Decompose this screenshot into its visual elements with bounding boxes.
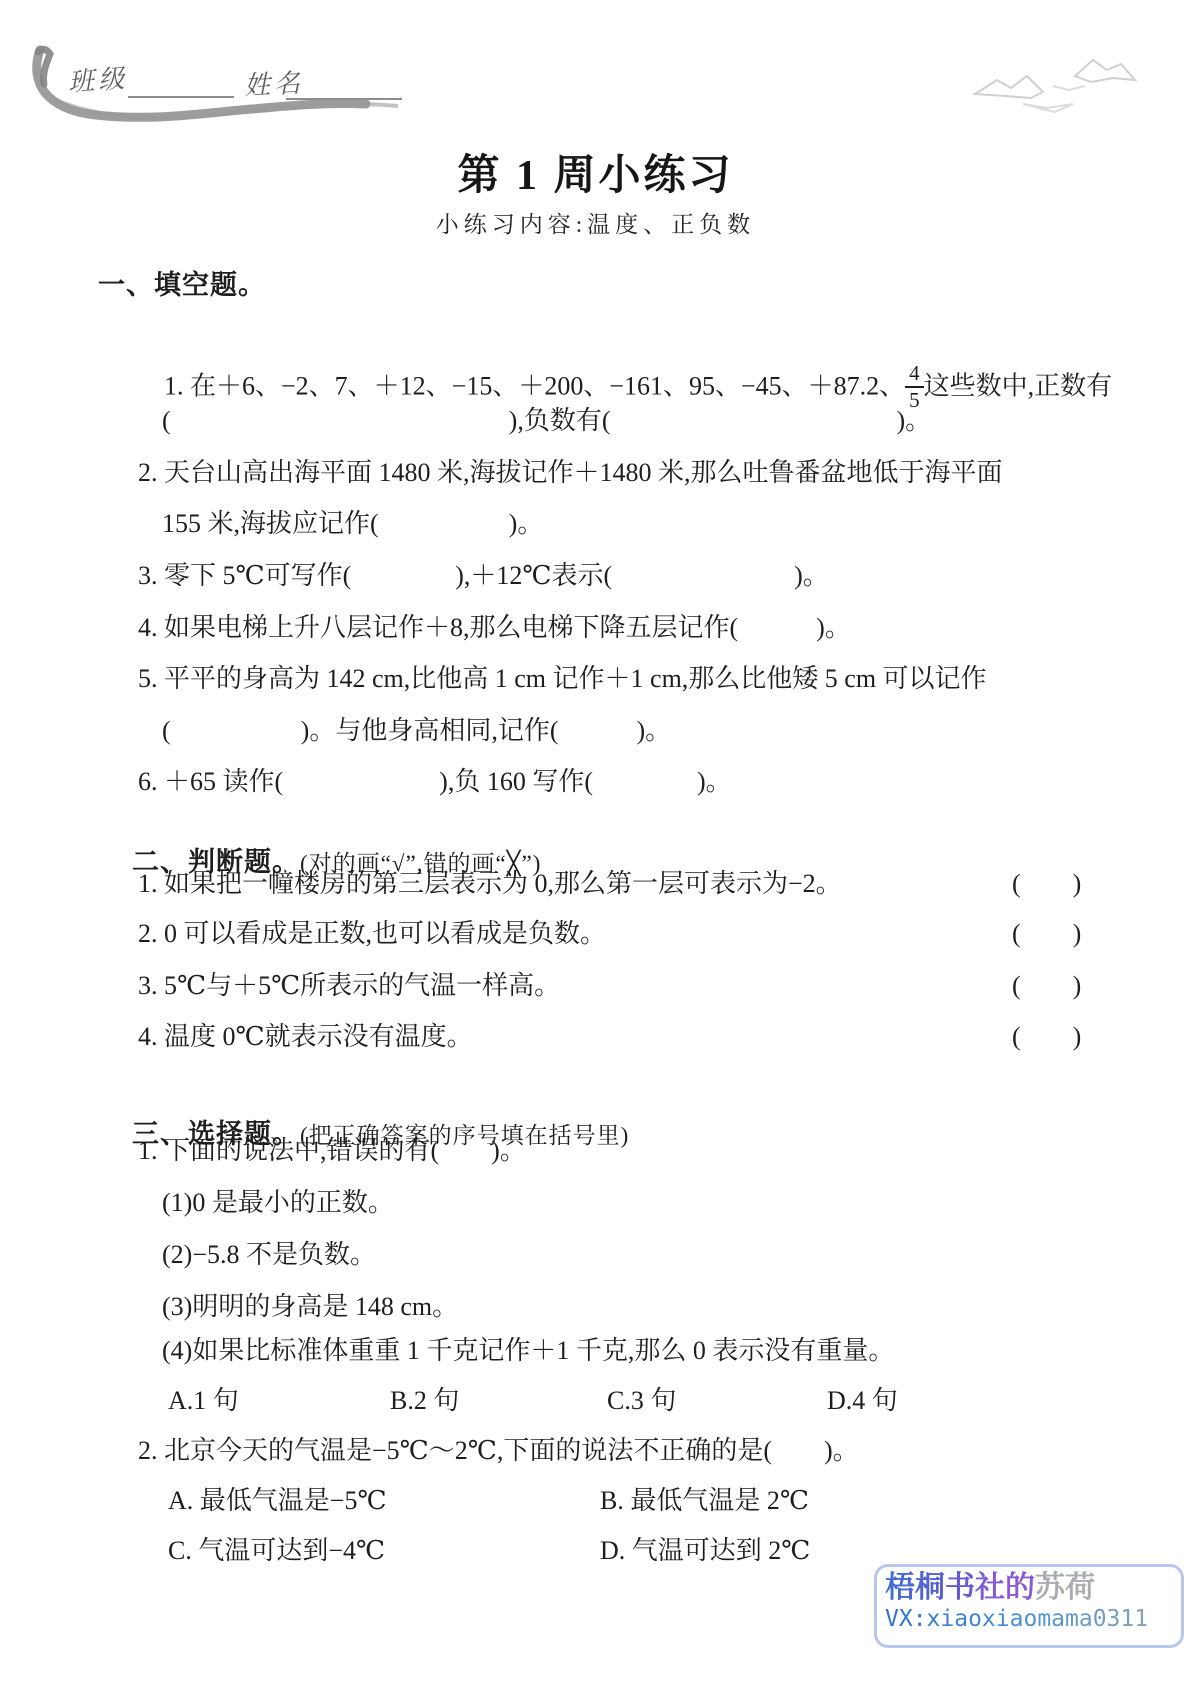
choice-q1-sub-4: (4)如果比标准体重重 1 千克记作＋1 千克,那么 0 表示没有重量。 — [162, 1334, 894, 1368]
section1-heading: 一、填空题。 — [98, 268, 266, 302]
q5-line2: ( )。与他身高相同,记作( )。 — [162, 714, 671, 748]
judge-bracket-4: ( ) — [1012, 1020, 1081, 1054]
choice-q1-option-b: B.2 句 — [390, 1384, 459, 1418]
name-blank-line — [286, 98, 402, 100]
class-label: 班级 — [67, 58, 129, 99]
judge-item-1: 1. 如果把一幢楼房的第三层表示为 0,那么第一层可表示为−2。 — [138, 867, 842, 901]
judge-bracket-2: ( ) — [1012, 917, 1081, 951]
page-title: 第 1 周小练习 — [0, 142, 1191, 202]
judge-bracket-1: ( ) — [1012, 867, 1081, 901]
watermark-wechat-id: VX:xiaoxiaomama0311 — [885, 1606, 1175, 1632]
q1-line2: ( ),负数有( )。 — [162, 404, 931, 438]
choice-q1-sub-2: (2)−5.8 不是负数。 — [162, 1238, 376, 1272]
watermark-title-main: 梧桐书社的 — [885, 1571, 1035, 1604]
judge-item-2: 2. 0 可以看成是正数,也可以看成是负数。 — [138, 917, 606, 951]
watermark-title: 梧桐书社的苏荷 — [885, 1570, 1175, 1606]
worksheet-page: 班级 姓名 第 1 周小练习 小练习内容:温度、正负数 一、填空题。 1. 在＋… — [0, 0, 1191, 1684]
choice-q1-sub-1: (1)0 是最小的正数。 — [162, 1186, 394, 1220]
mountain-sketch-decoration — [935, 46, 1165, 116]
choice-q2: 2. 北京今天的气温是−5℃～2℃,下面的说法不正确的是( )。 — [138, 1434, 859, 1468]
choice-q2-option-d: D. 气温可达到 2℃ — [600, 1534, 810, 1568]
q1-numbers-text: 1. 在＋6、−2、7、＋12、−15、＋200、−161、95、−45、＋87… — [164, 372, 905, 401]
q5-line1: 5. 平平的身高为 142 cm,比他高 1 cm 记作＋1 cm,那么比他矮 … — [138, 662, 987, 696]
choice-q2-option-a: A. 最低气温是−5℃ — [168, 1484, 387, 1518]
choice-q1-option-a: A.1 句 — [168, 1384, 239, 1418]
choice-q1-option-d: D.4 句 — [827, 1384, 898, 1418]
q4-line: 4. 如果电梯上升八层记作＋8,那么电梯下降五层记作( )。 — [138, 611, 851, 645]
choice-q2-option-b: B. 最低气温是 2℃ — [600, 1484, 809, 1518]
name-label: 姓名 — [243, 62, 305, 102]
q2-line2: 155 米,海拔应记作( )。 — [162, 507, 543, 541]
q3-line: 3. 零下 5℃可写作( ),＋12℃表示( )。 — [138, 559, 829, 593]
watermark-stamp: 梧桐书社的苏荷 VX:xiaoxiaomama0311 — [874, 1564, 1184, 1648]
choice-q1-option-c: C.3 句 — [607, 1384, 676, 1418]
choice-q1: 1. 下面的说法中,错误的有( )。 — [138, 1134, 526, 1168]
judge-item-3: 3. 5℃与＋5℃所表示的气温一样高。 — [138, 969, 560, 1003]
fraction-numerator: 4 — [905, 362, 924, 388]
judge-bracket-3: ( ) — [1012, 969, 1081, 1003]
judge-item-4: 4. 温度 0℃就表示没有温度。 — [138, 1020, 473, 1054]
choice-q1-sub-3: (3)明明的身高是 148 cm。 — [162, 1290, 458, 1324]
q6-line: 6. ＋65 读作( ),负 160 写作( )。 — [138, 765, 732, 799]
q1-tail-text: 这些数中,正数有 — [924, 372, 1113, 401]
choice-q2-option-c: C. 气温可达到−4℃ — [168, 1534, 385, 1568]
page-subtitle: 小练习内容:温度、正负数 — [0, 206, 1191, 239]
watermark-title-sub: 苏荷 — [1035, 1571, 1095, 1604]
q2-line1: 2. 天台山高出海平面 1480 米,海拔记作＋1480 米,那么吐鲁番盆地低于… — [138, 456, 1003, 490]
class-blank-line — [128, 96, 234, 98]
